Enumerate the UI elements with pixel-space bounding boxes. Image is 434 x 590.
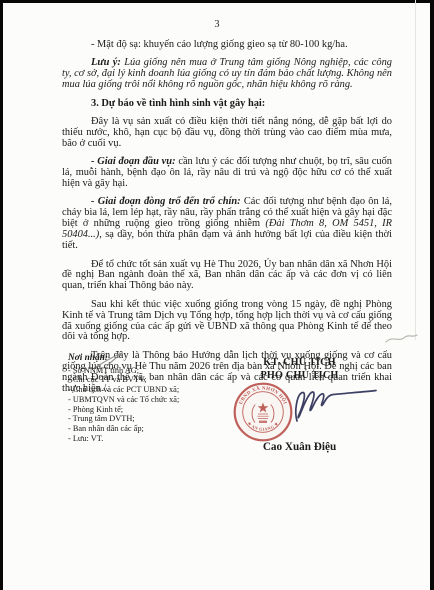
stage-late-label: - Giai đoạn đòng trổ đến trổ chín: [91, 196, 241, 207]
paragraph-stage-early: - Giai đoạn đầu vụ: cần lưu ý các đối tư… [62, 157, 392, 190]
paragraph-stage-heading-ripening: - Giai đoạn đòng trổ đến trổ chín: Các đ… [62, 197, 392, 252]
scan-edge-right [430, 0, 434, 590]
paragraph-seeding-density: - Mật độ sạ: khuyến cáo lượng giống gieo… [62, 40, 392, 51]
paragraph-forecast-intro: Đây là vụ sản xuất có điều kiện thời tiế… [62, 117, 392, 150]
stage-late-text-2: , sạ dầy, bón thừa phân đạm và ảnh hưởng… [62, 229, 392, 251]
signature-ink-icon [283, 383, 383, 428]
section-3-heading: 3. Dự báo về tình hình sinh vật gây hại: [62, 99, 392, 110]
scan-edge-top [0, 0, 434, 3]
signer-title-line1: KT. CHỦ TỊCH [217, 357, 382, 370]
note-label: Lưu ý: [91, 57, 121, 68]
pen-mark-icon [92, 351, 128, 369]
paragraph-note: Lưu ý: Lúa giống nên mua ở Trung tâm giố… [62, 58, 392, 91]
seal-gear [259, 421, 267, 423]
scan-edge-left [0, 0, 3, 590]
scanned-document-page: 3 - Mật độ sạ: khuyến cáo lượng giống gi… [0, 0, 434, 590]
page-edge-shadow [415, 0, 416, 340]
paragraph-reporting: Sau khi kết thúc việc xuống giống trong … [62, 300, 392, 344]
paragraph-organize: Để tổ chức tốt sản xuất vụ Hè Thu 2026, … [62, 260, 392, 293]
page-number: 3 [0, 19, 434, 30]
pen-mark-end-icon [383, 331, 421, 347]
document-body: - Mật độ sạ: khuyến cáo lượng giống gieo… [62, 40, 392, 402]
stage-early-label: - Giai đoạn đầu vụ: [91, 156, 176, 167]
